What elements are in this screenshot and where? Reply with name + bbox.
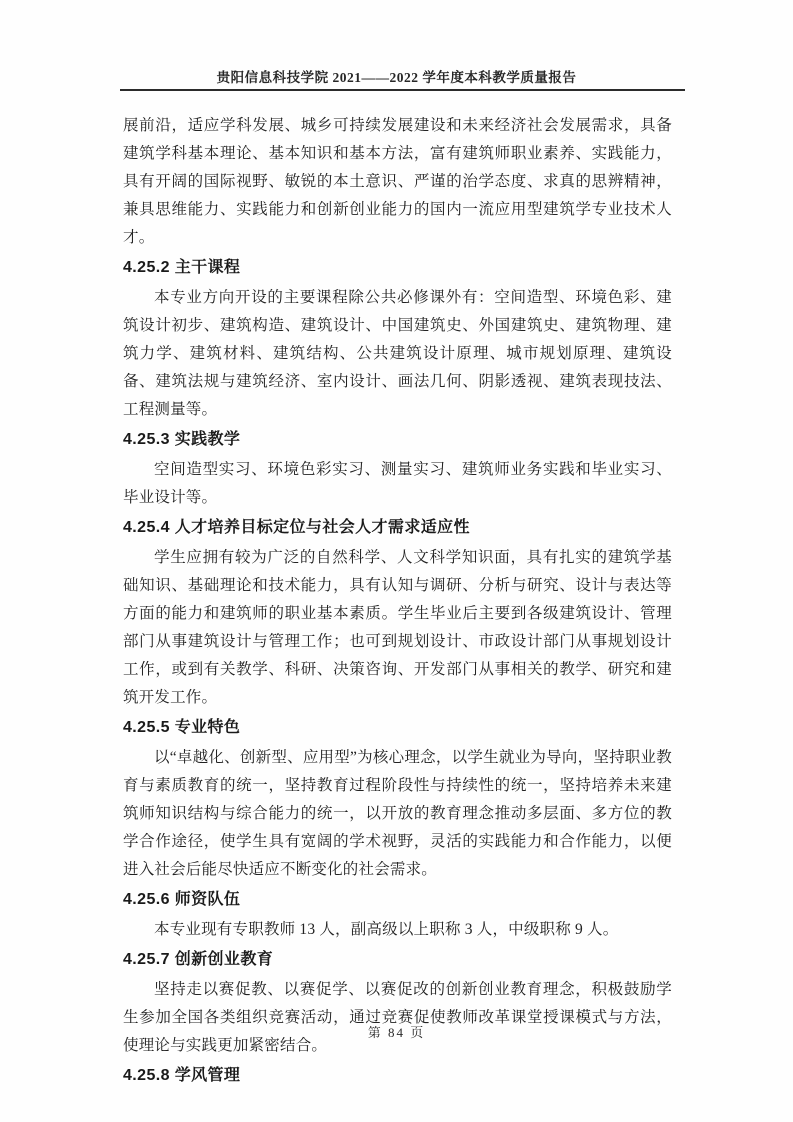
page-header-title: 贵阳信息科技学院 2021——2022 学年度本科教学质量报告 (0, 66, 793, 86)
page-number: 第 84 页 (0, 1022, 793, 1041)
section-heading-4-25-2-main-courses: 4.25.2 主干课程 (123, 254, 672, 282)
paragraph-practical-teaching: 空间造型实习、环境色彩实习、测量实习、建筑师业务实践和毕业实习、毕业设计等。 (123, 456, 672, 512)
paragraph-training-goal-continuation: 展前沿，适应学科发展、城乡可持续发展建设和未来经济社会发展需求，具备建筑学科基本… (123, 112, 672, 252)
paragraph-talent-positioning: 学生应拥有较为广泛的自然科学、人文科学知识面，具有扎实的建筑学基础知识、基础理论… (123, 544, 672, 712)
paragraph-main-courses: 本专业方向开设的主要课程除公共必修课外有：空间造型、环境色彩、建筑设计初步、建筑… (123, 284, 672, 424)
header-rule (120, 89, 685, 91)
section-heading-4-25-3-practical-teaching: 4.25.3 实践教学 (123, 426, 672, 454)
section-heading-4-25-4-talent-positioning: 4.25.4 人才培养目标定位与社会人才需求适应性 (123, 514, 672, 542)
document-page: 贵阳信息科技学院 2021——2022 学年度本科教学质量报告 展前沿，适应学科… (0, 0, 793, 1122)
paragraph-major-characteristics: 以“卓越化、创新型、应用型”为核心理念，以学生就业为导向，坚持职业教育与素质教育… (123, 744, 672, 884)
section-heading-4-25-6-faculty: 4.25.6 师资队伍 (123, 886, 672, 914)
section-heading-4-25-5-major-characteristics: 4.25.5 专业特色 (123, 714, 672, 742)
paragraph-faculty: 本专业现有专职教师 13 人，副高级以上职称 3 人，中级职称 9 人。 (123, 916, 672, 944)
section-heading-4-25-7-innovation-education: 4.25.7 创新创业教育 (123, 946, 672, 974)
document-body: 展前沿，适应学科发展、城乡可持续发展建设和未来经济社会发展需求，具备建筑学科基本… (123, 112, 672, 1092)
section-heading-4-25-8-study-style-management: 4.25.8 学风管理 (123, 1062, 672, 1090)
paragraph-innovation-education: 坚持走以赛促教、以赛促学、以赛促改的创新创业教育理念，积极鼓励学生参加全国各类组… (123, 976, 672, 1060)
